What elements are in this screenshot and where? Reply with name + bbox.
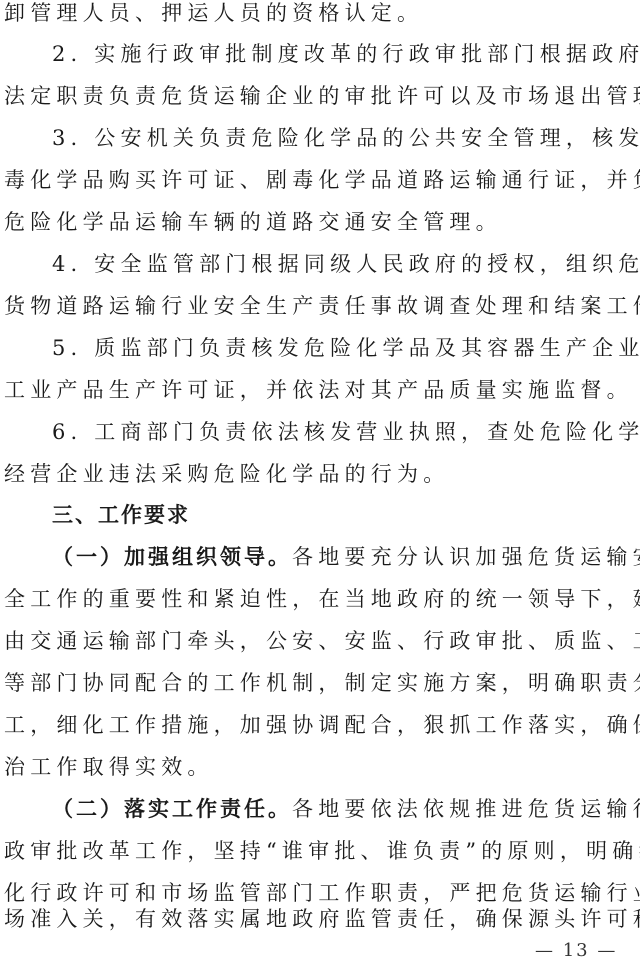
subheading-organization: （一）加强组织领导。: [52, 545, 292, 569]
paragraph-line: 5. 质监部门负责核发危险化学品及其容器生产企业的: [52, 335, 640, 361]
paragraph-line: 化行政许可和市场监管部门工作职责，严把危货运输行业市: [4, 880, 640, 906]
paragraph-line: 毒化学品购买许可证、剧毒化学品道路运输通行证，并负责: [4, 167, 640, 193]
paragraph-line: 卸管理人员、押运人员的资格认定。: [4, 0, 640, 26]
subheading-responsibility: （二）落实工作责任。: [52, 797, 292, 821]
paragraph-line: （二）落实工作责任。各地要依法依规推进危货运输行: [52, 796, 640, 822]
paragraph-line: 治工作取得实效。: [4, 754, 640, 780]
paragraph-line: 危险化学品运输车辆的道路交通安全管理。: [4, 209, 640, 235]
page-number: — 13 —: [535, 940, 617, 961]
paragraph-line: 政审批改革工作，坚持“谁审批、谁负责”的原则，明确细: [4, 838, 640, 864]
paragraph-line: 2. 实施行政审批制度改革的行政审批部门根据政府有关: [52, 41, 640, 67]
paragraph-line: 6. 工商部门负责依法核发营业执照，查处危险化学品: [52, 419, 640, 445]
paragraph-line: 工，细化工作措施，加强协调配合，狠抓工作落实，确保整: [4, 712, 640, 738]
paragraph-line: 经营企业违法采购危险化学品的行为。: [4, 461, 640, 487]
paragraph-line: 货物道路运输行业安全生产责任事故调查处理和结案工作。: [4, 293, 640, 319]
paragraph-line: 全工作的重要性和紧迫性，在当地政府的统一领导下，建立: [4, 586, 640, 612]
paragraph-text: 各地要依法依规推进危货运输行: [292, 797, 640, 821]
paragraph-line: 3. 公安机关负责危险化学品的公共安全管理，核发剧: [52, 125, 640, 151]
paragraph-line: 4. 安全监管部门根据同级人民政府的授权，组织危险: [52, 251, 640, 277]
paragraph-line: 场准入关，有效落实属地政府监管责任，确保源头许可和过: [4, 906, 640, 932]
paragraph-line: 工业产品生产许可证，并依法对其产品质量实施监督。: [4, 377, 640, 403]
paragraph-line: 等部门协同配合的工作机制，制定实施方案，明确职责分: [4, 670, 640, 696]
paragraph-line: 由交通运输部门牵头，公安、安监、行政审批、质监、工商: [4, 628, 640, 654]
paragraph-line: （一）加强组织领导。各地要充分认识加强危货运输安: [52, 544, 640, 570]
paragraph-text: 各地要充分认识加强危货运输安: [292, 545, 640, 569]
section-heading: 三、工作要求: [52, 502, 640, 528]
paragraph-line: 法定职责负责危货运输企业的审批许可以及市场退出管理。: [4, 83, 640, 109]
